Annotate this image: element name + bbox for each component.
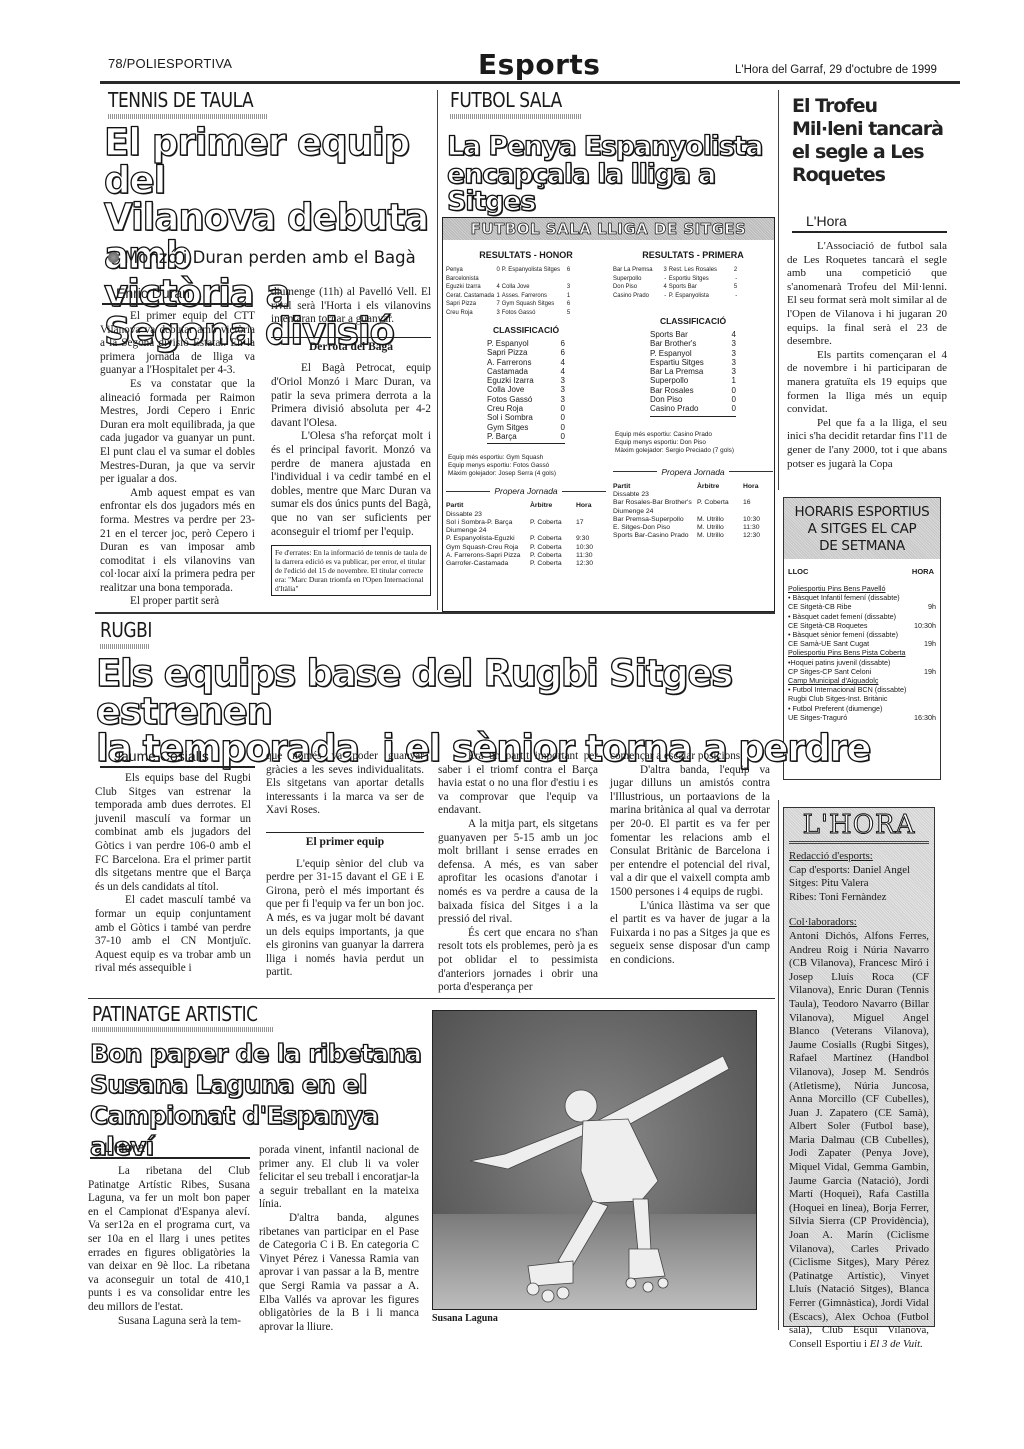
horaris-row: • Bàsquet sènior femení (dissabte) [784,630,940,639]
class-row: Don Piso0 [650,395,736,404]
class-row: Colla Jove3 [487,385,565,394]
class-row: Fotos Gassó3 [487,395,565,404]
result-row: Sapri Pizza7Gym Squash Sitges6 [446,300,590,309]
class-row: Gym Sitges0 [487,423,565,432]
section-label-patinatge: PATINATGE ARTISTIC [92,1002,258,1026]
result-row: Cerat. Castamada1Asses. Farrerons1 [446,292,590,301]
horaris-row: • Bàsquet Infantil femení (dissabte) [784,593,940,602]
honor-schedule: PartitÀrbitreHora Dissabte 23 Sol i Somb… [446,502,606,568]
primera-schedule: PartitÀrbitreHora Dissabte 23 Bar Rosale… [613,483,773,541]
horaris-row: UE Sitges-Traguró16:30h [784,713,940,722]
rugbi-column-2: que només va poder guanyar gràcies a les… [266,750,424,980]
tennis-subhead: Derrota del Bagà [271,337,431,355]
rugbi-column-3: Era un partit important per saber i el t… [438,750,598,995]
trofeu-body: L'Associació de futbol sala de Les Roque… [787,240,947,471]
skater-photo [432,1010,757,1310]
horaris-row: CP Sitges-CP Sant Celoni19h [784,667,940,676]
class-row: A. Farrerons4 [487,358,565,367]
rugbi-column-4: començar a escalar posicions. D'altra ba… [610,750,770,968]
result-row: Superpollo-Esportiu Sitges- [613,275,757,284]
section-label-tennis: TENNIS DE TAULA [108,88,253,112]
tennis-subheadline: Monzó i Duran perden amb el Bagà [108,248,416,267]
class-row: Sapri Pizza6 [487,348,565,357]
class-row: Superpollo1 [650,376,736,385]
horaris-row: • Futbol Preferent (diumenge) [784,704,940,713]
futbol-headline: La Penya Espanyolista encapçala la lliga… [447,133,777,216]
section-label-futbol: FUTBOL SALA [450,88,562,112]
horaris-row: Poliesportiu Pins Bens Pavelló [784,584,940,593]
result-row: Creu Roja3Fotos Gassó5 [446,309,590,318]
primera-stats: Equip més esportiu: Casino Prado Equip m… [613,431,773,455]
class-row: P. Espanyol3 [650,349,736,358]
horaris-row: CE Samà-UE Sant Cugat19h [784,639,940,648]
class-row: Bar Brother's3 [650,339,736,348]
tennis-column-2: diumenge (11h) al Pavelló Vell. El rival… [271,286,431,596]
section-rule [95,612,775,614]
section-underline [108,114,268,119]
horaris-row: Camp Municipal d'Aiguadolç [784,676,940,685]
class-row: Creu Roja0 [487,404,565,413]
class-row: Bar La Premsa3 [650,367,736,376]
page-number: 78/POLIESPORTIVA [108,56,232,71]
class-row: Castamada4 [487,367,565,376]
lhora-staff-box: L'HORA Redacció d'esports: Cap d'esports… [783,807,935,1327]
class-row: Espartiu Sitges3 [650,358,736,367]
tennis-column-1: El primer equip del CTT Vilanova va debu… [100,310,255,609]
horaris-columns: LLOCHORA [784,559,940,584]
trofeu-byline: L'Hora [792,213,947,233]
class-row: Sports Bar4 [650,330,736,339]
horaris-row: Rugbi Club Sitges-Inst. Britànic [784,694,940,703]
primera-classification: Sports Bar4 Bar Brother's3 P. Espanyol3 … [650,330,736,417]
patinatge-column-2: porada vinent, infantil nacional de prim… [259,1144,419,1334]
horaris-title: HORARIS ESPORTIUS A SITGES EL CAP DE SET… [784,498,940,559]
class-row: Eguzki Izarra3 [487,376,565,385]
horaris-row: •Hoquei patins juvenil (dissabte) [784,658,940,667]
section-label-rugbi: RUGBI [100,618,152,642]
rugbi-byline: Jaume Cosialls [100,748,255,768]
rugbi-column-1: Els equips base del Rugbi Club Sitges va… [95,772,251,976]
primera-column: RESULTATS - PRIMERA Bar La Premsa3Rest. … [613,250,773,541]
class-row: P. Espanyol6 [487,339,565,348]
class-row: Casino Prado0 [650,404,736,413]
result-row: Eguzki Izarra4Colla Jove3 [446,283,590,292]
horaris-row: • Futbol Internacional BCN (dissabte) [784,685,940,694]
result-row: Don Piso4Sports Bar5 [613,283,757,292]
section-title: Esports [478,48,600,81]
class-row: P. Barça0 [487,432,565,441]
publication-date: L'Hora del Garraf, 29 d'octubre de 1999 [735,64,937,76]
result-row: Penya Barcelonista0P. Espanyolista Sitge… [446,266,590,283]
lhora-box-body: Redacció d'esports: Cap d'esports: Danie… [789,850,929,1351]
horaris-row: CE Sitgetà-CB Ribe9h [784,602,940,611]
section-underline [450,114,582,119]
futbol-box-title: FUTBOL SALA LLIGA DE SITGES [443,218,774,240]
horaris-row: Poliesportiu Pins Bens Pista Coberta [784,648,940,657]
primera-results: Bar La Premsa3Rest. Les Rosales2 Superpo… [613,266,773,300]
section-underline [92,1027,274,1032]
honor-classification: P. Espanyol6 Sapri Pizza6 A. Farrerons4 … [487,339,565,444]
column-divider [778,90,779,490]
patinatge-byline: L'Hora [90,1139,250,1159]
class-row: Bar Rosales0 [650,386,736,395]
horaris-row: • Bàsquet cadet femení (dissabte) [784,612,940,621]
errata-box: Fe d'errates: En la informació de tennis… [271,545,431,596]
honor-results: Penya Barcelonista0P. Espanyolista Sitge… [446,266,606,317]
result-row: Casino Prado-P. Espanyolista- [613,292,757,301]
result-row: Bar La Premsa3Rest. Les Rosales2 [613,266,757,275]
section-rule [88,998,775,999]
column-divider [778,800,779,1330]
header-rule [100,81,960,84]
rugbi-subhead: El primer equip [266,832,424,850]
trofeu-headline: El Trofeu Mil·leni tancarà el segle a Le… [792,95,952,187]
lhora-box-title: L'HORA [789,810,929,844]
section-underline [100,644,150,649]
skater-figure-icon [433,1011,757,1310]
column-divider [437,90,438,610]
futbol-league-box: FUTBOL SALA LLIGA DE SITGES RESULTATS - … [442,217,775,612]
class-row: Sol i Sombra0 [487,413,565,422]
photo-caption: Susana Laguna [432,1313,498,1324]
patinatge-column-1: La ribetana del Club Patinatge Artístic … [88,1165,250,1328]
honor-stats: Equip més esportiu: Gym Squash Equip men… [446,454,606,478]
horaris-row: CE Sitgetà-CB Roquetes10:30h [784,621,940,630]
tennis-byline: Enric Duran [102,285,252,305]
honor-column: RESULTATS - HONOR Penya Barcelonista0P. … [446,250,606,569]
bullet-dot-icon [108,252,119,263]
